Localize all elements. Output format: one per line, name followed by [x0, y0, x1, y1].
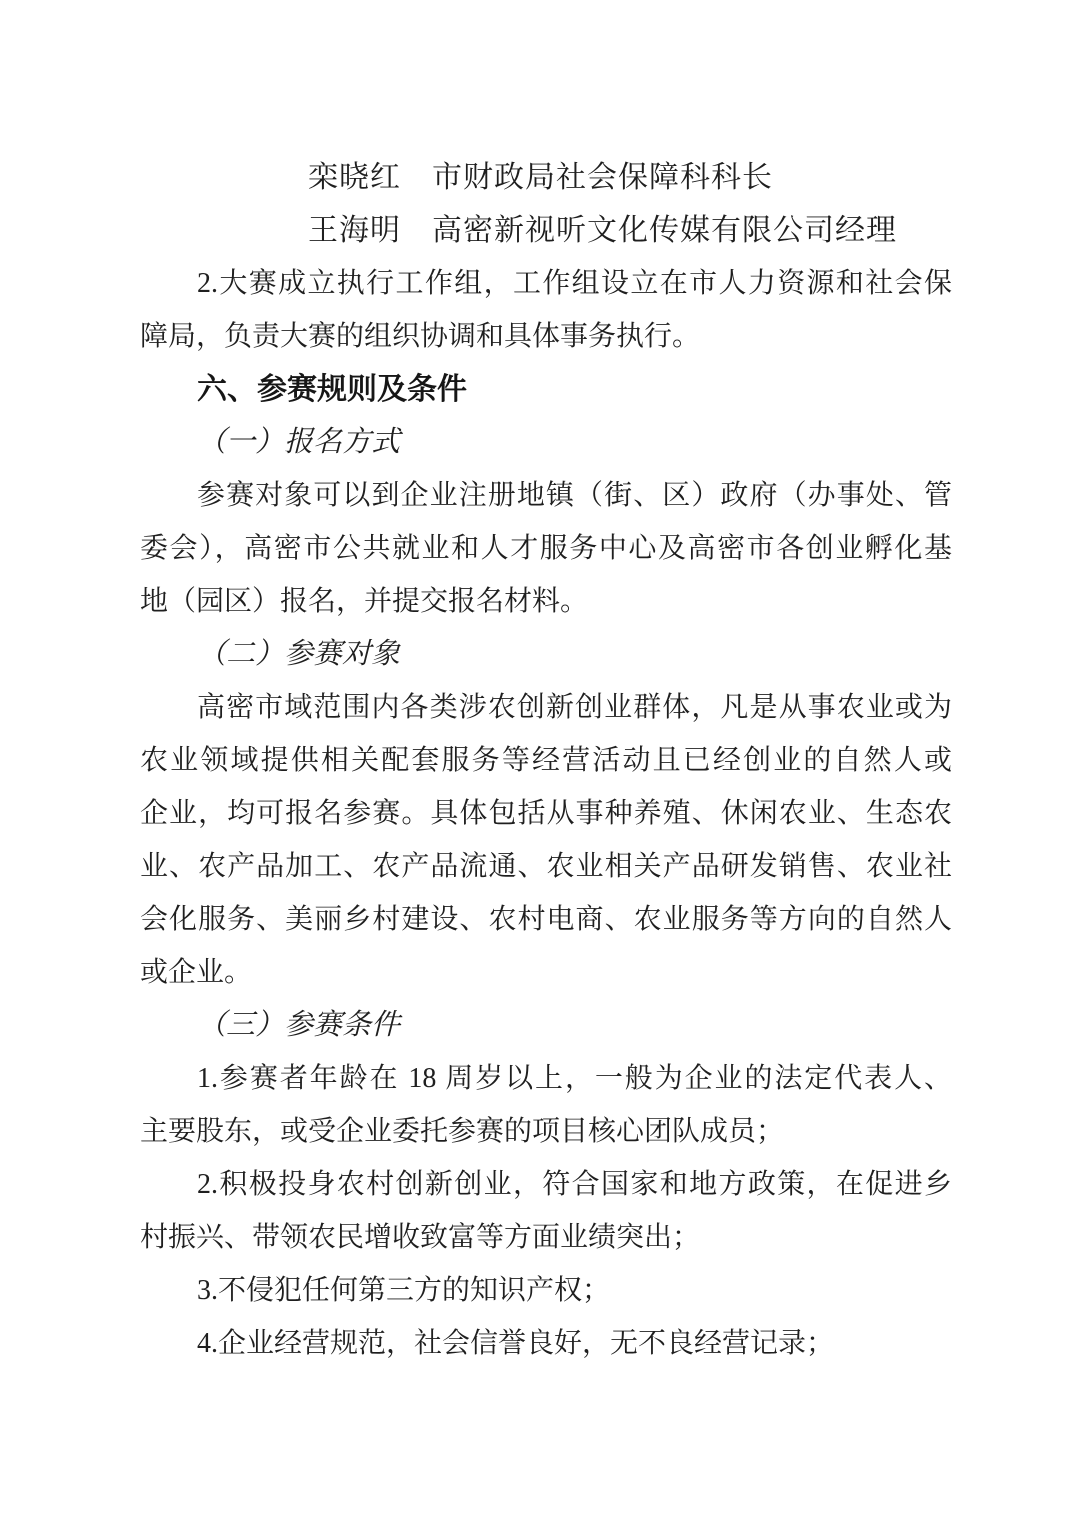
paragraph-line: 主要股东，或受企业委托参赛的项目核心团队成员； [140, 1105, 952, 1158]
section-heading: 六、参赛规则及条件 [140, 363, 952, 416]
paragraph-line: 业、农产品加工、农产品流通、农业相关产品研发销售、农业社 [140, 840, 952, 893]
subsection-heading: （三）参赛条件 [140, 999, 952, 1052]
paragraph-line: 委会），高密市公共就业和人才服务中心及高密市各创业孵化基 [140, 522, 952, 575]
paragraph-line: 障局，负责大赛的组织协调和具体事务执行。 [140, 310, 952, 363]
committee-member-line: 王海明 高密新视听文化传媒有限公司经理 [140, 204, 952, 257]
paragraph-line: 2.积极投身农村创新创业，符合国家和地方政策，在促进乡 [140, 1158, 952, 1211]
document-body: 栾晓红 市财政局社会保障科科长 王海明 高密新视听文化传媒有限公司经理 2.大赛… [140, 151, 952, 1370]
paragraph-line: 2.大赛成立执行工作组，工作组设立在市人力资源和社会保 [140, 257, 952, 310]
paragraph-line: 会化服务、美丽乡村建设、农村电商、农业服务等方向的自然人 [140, 893, 952, 946]
subsection-heading: （一）报名方式 [140, 416, 952, 469]
document-page: 栾晓红 市财政局社会保障科科长 王海明 高密新视听文化传媒有限公司经理 2.大赛… [0, 0, 1080, 1527]
paragraph-line: 村振兴、带领农民增收致富等方面业绩突出； [140, 1211, 952, 1264]
paragraph-line: 4.企业经营规范，社会信誉良好，无不良经营记录； [140, 1317, 952, 1370]
paragraph-line: 3.不侵犯任何第三方的知识产权； [140, 1264, 952, 1317]
paragraph-line: 地（园区）报名，并提交报名材料。 [140, 575, 952, 628]
subsection-heading: （二）参赛对象 [140, 628, 952, 681]
committee-member-line: 栾晓红 市财政局社会保障科科长 [140, 151, 952, 204]
paragraph-line: 参赛对象可以到企业注册地镇（街、区）政府（办事处、管 [140, 469, 952, 522]
paragraph-line: 或企业。 [140, 946, 952, 999]
paragraph-line: 1.参赛者年龄在 18 周岁以上，一般为企业的法定代表人、 [140, 1052, 952, 1105]
paragraph-line: 企业，均可报名参赛。具体包括从事种养殖、休闲农业、生态农 [140, 787, 952, 840]
paragraph-line: 农业领域提供相关配套服务等经营活动且已经创业的自然人或 [140, 734, 952, 787]
paragraph-line: 高密市域范围内各类涉农创新创业群体，凡是从事农业或为 [140, 681, 952, 734]
